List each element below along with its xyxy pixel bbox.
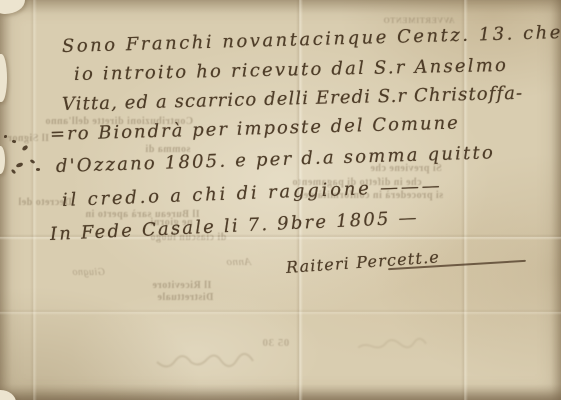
torn-edge-left-lower (0, 146, 5, 174)
ink-spatter (21, 145, 28, 151)
ink-spatter (16, 162, 24, 168)
torn-edge-left-upper (0, 54, 7, 102)
signature: Raiteri Percett.e (285, 247, 440, 277)
manuscript-line-2: io introito ho ricevuto dal S.r Anselmo (74, 55, 508, 85)
document-scan: AVVERTIMENTO Contribuzioni dirette dell'… (0, 0, 561, 400)
bleedthrough-signature-squiggle (134, 345, 255, 377)
ink-spatter (36, 168, 40, 172)
bleedthrough-text: Giugno (72, 267, 105, 278)
manuscript-line-1: Sono Franchi novantacinque Centz. 13. ch… (62, 22, 561, 57)
ink-spatter (11, 169, 16, 175)
bleedthrough-mark-squiggle (347, 330, 429, 359)
manuscript-line-6: il cred.o a chi di raggione ——— (62, 175, 443, 211)
fold-crease-horizontal-lower (0, 309, 561, 315)
torn-edge-bottom-left (0, 390, 16, 400)
bleedthrough-text: Il Ricevitore (152, 280, 211, 291)
bleedthrough-text: AVVERTIMENTO (383, 16, 455, 25)
manuscript-line-3: Vitta, ed a scarrico delli Eredi S.r Chr… (62, 83, 524, 115)
fold-crease-left (30, 0, 37, 400)
bleedthrough-text: Distrettuale (157, 292, 213, 303)
torn-edge-top-left (0, 0, 25, 14)
bleedthrough-text: 05 30 (262, 337, 289, 349)
bleedthrough-text: Anno (226, 256, 251, 268)
